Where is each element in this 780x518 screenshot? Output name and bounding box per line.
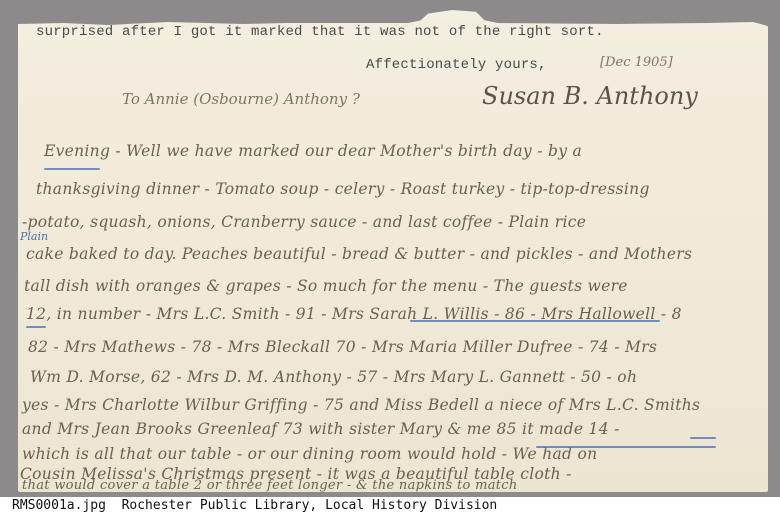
footer-bar: RMS0001a.jpg Rochester Public Library, L… xyxy=(0,497,780,518)
typed-closing: Affectionately yours, xyxy=(366,57,547,73)
hand-line-7: 82 - Mrs Mathews - 78 - Mrs Bleckall 70 … xyxy=(28,338,657,356)
hand-line-9: yes - Mrs Charlotte Wilbur Griffing - 75… xyxy=(22,396,700,414)
underline-table-cloth xyxy=(536,446,716,448)
hand-line-2: thanksgiving dinner - Tomato soup - cele… xyxy=(36,180,650,198)
recipient-note: To Annie (Osbourne) Anthony ? xyxy=(122,90,360,108)
hand-line-10: and Mrs Jean Brooks Greenleaf 73 with si… xyxy=(22,420,620,438)
date-annotation: [Dec 1905] xyxy=(600,55,673,70)
image-caption: RMS0001a.jpg Rochester Public Library, L… xyxy=(12,498,497,513)
signature: Susan B. Anthony xyxy=(482,82,698,110)
hand-line-1: Evening - Well we have marked our dear M… xyxy=(44,142,582,160)
underline-evening xyxy=(44,168,100,170)
underline-dufree xyxy=(410,320,660,322)
hand-line-13: that would cover a table 2 or three feet… xyxy=(22,478,518,493)
underline-12 xyxy=(26,326,46,328)
hand-line-8: Wm D. Morse, 62 - Mrs D. M. Anthony - 57… xyxy=(30,368,637,386)
hand-line-4: cake baked to day. Peaches beautiful - b… xyxy=(26,245,692,263)
hand-line-5: tall dish with oranges & grapes - So muc… xyxy=(24,277,628,295)
underline-14 xyxy=(690,437,716,439)
typed-line-1: surprised after I got it marked that it … xyxy=(36,24,604,40)
hand-line-11: which is all that our table - or our din… xyxy=(22,445,597,463)
hand-line-3: -potato, squash, onions, Cranberry sauce… xyxy=(22,213,586,231)
margin-note: Plain xyxy=(20,230,48,243)
